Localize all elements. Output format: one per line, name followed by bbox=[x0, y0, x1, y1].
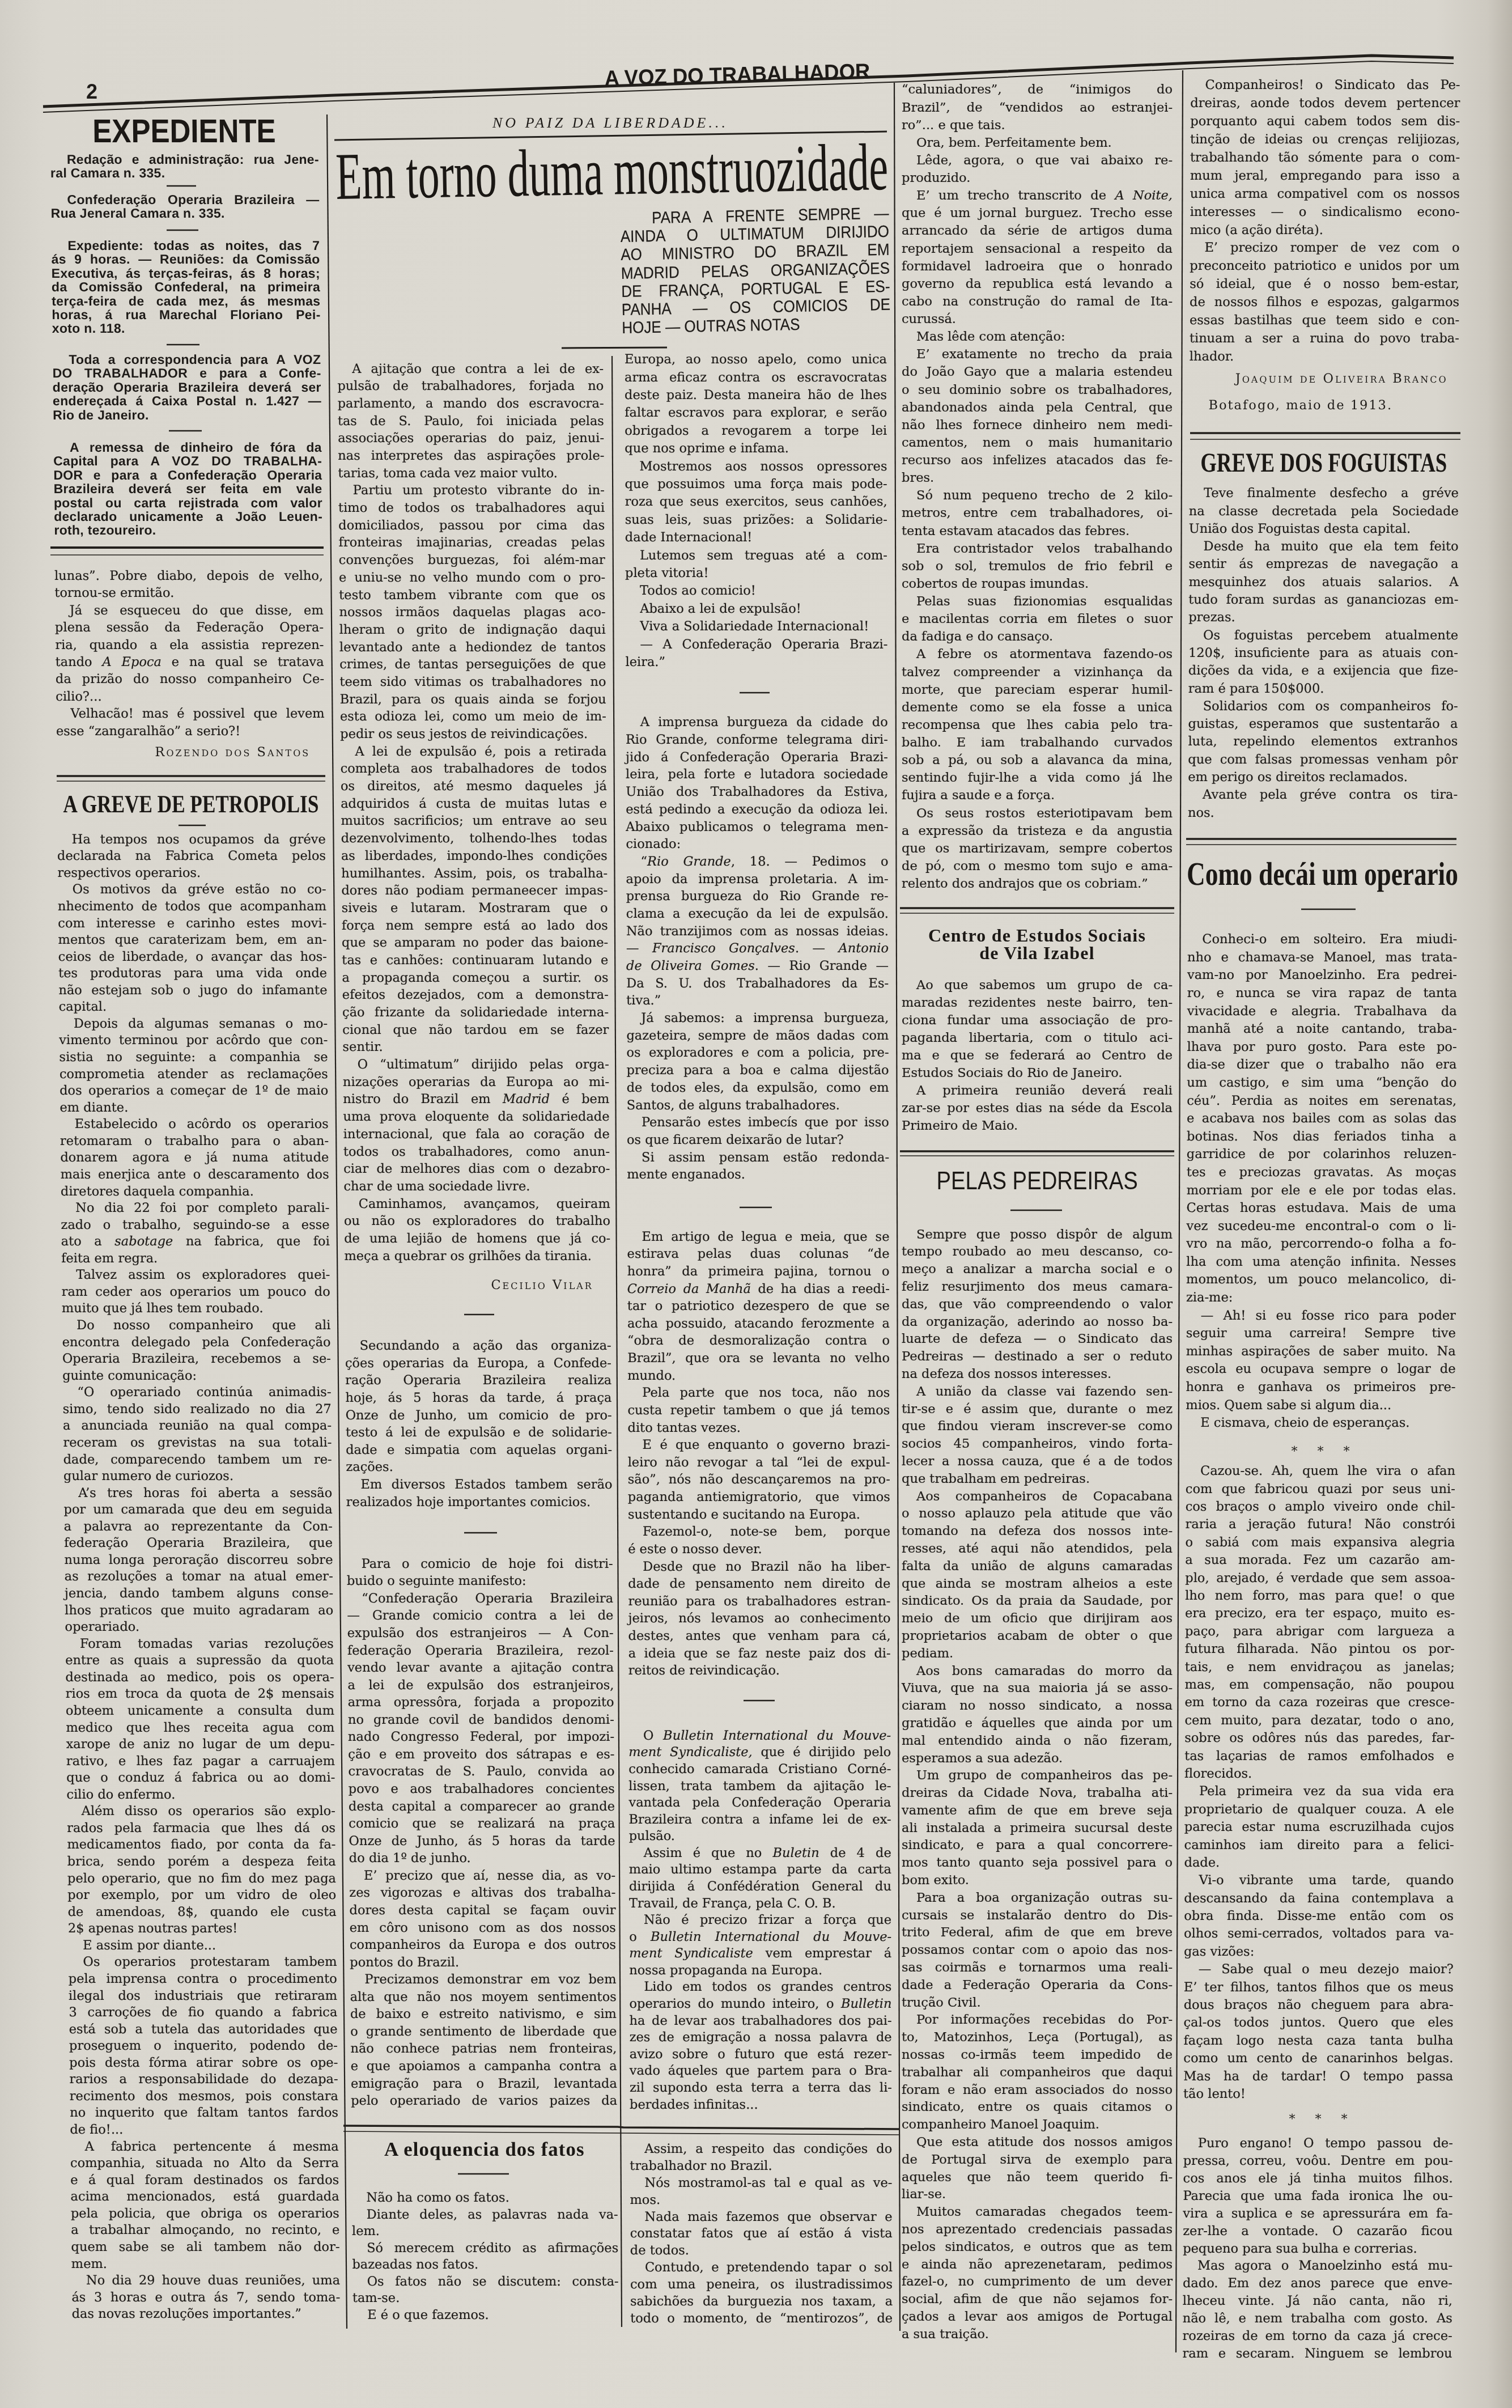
text-line: trabalhar ali companheiros que daqui bbox=[902, 2064, 1173, 2081]
text-line: tinção de ideias ou crenças relijiozas, bbox=[1190, 131, 1460, 149]
text-line: recurso aos infelizes atacados das fe- bbox=[902, 452, 1173, 469]
text-line: dores desta capital se façam ouvir bbox=[349, 1902, 615, 1919]
paragraph: Talvez assim os exploradores quei-ram ce… bbox=[61, 1267, 330, 1317]
text-line: arrancado da série de artigos duma bbox=[902, 222, 1173, 240]
text-line: timo de todos os trabalhadores aqui bbox=[338, 499, 605, 517]
text-line: vimento terminou por acôrdo que con- bbox=[59, 1032, 328, 1049]
text-line: xarope de aniz no lugar de um depu- bbox=[66, 1736, 334, 1753]
text-line: Partiu um protesto vibrante do in- bbox=[338, 482, 605, 499]
text-line: as liberdades, impondo-lhes condições bbox=[341, 847, 608, 865]
text-line: Aos companheiros de Copacabana bbox=[902, 1488, 1173, 1506]
section-break-asterisks: * * * bbox=[1183, 2110, 1453, 2129]
paragraph: Viva a Solidariedade Internacional! bbox=[625, 618, 887, 635]
expediente-address: Redação e administração: rua Jene-ral Ca… bbox=[50, 152, 319, 180]
paragraph: Do nosso companheiro que aliencontra del… bbox=[62, 1317, 331, 1384]
paragraph: Nós mostramol-as tal e qual as ve-mos. bbox=[630, 2175, 892, 2209]
text-line: sindicato. Os da praia da Saudade, por bbox=[902, 1592, 1173, 1610]
text-line: declarado unicamente a João Leuen- bbox=[54, 510, 322, 523]
text-line: alta que não nos moyem sentimentos bbox=[350, 1989, 617, 2006]
text-line: florecidos. bbox=[1184, 1765, 1454, 1783]
paragraph: Contudo, e pretendendo tapar o solcom um… bbox=[630, 2259, 893, 2328]
text-line: da Comissão Confederal, na primeira bbox=[52, 280, 320, 294]
paragraph: Um grupo de companheiros das pe-dreiras … bbox=[902, 1767, 1173, 1889]
text-line: ciar de melhores dias com o dezabro- bbox=[343, 1160, 610, 1178]
text-line: os direitos, até mesmo daqueles já bbox=[341, 778, 607, 795]
text-line: Europa, ao nosso apelo, como unica bbox=[625, 351, 887, 368]
text-line: não estejam sob o jugo do infamante bbox=[58, 982, 327, 999]
text-line: Executiva, ás terças-feiras, ás 8 horas; bbox=[52, 266, 320, 280]
text-line: pela imprensa contra o procedimento bbox=[69, 1971, 337, 1988]
text-line: E’ ter filhos, tantos filhos que os meus bbox=[1184, 1979, 1454, 1996]
text-line: rios em troca da quota de 2$ mensais bbox=[66, 1686, 334, 1703]
text-line: “caluniadores”, de “inimigos do bbox=[902, 81, 1173, 99]
text-line: ção frizante da solidariedade interna- bbox=[342, 1004, 609, 1021]
text-line: Além disso os operarios são explo- bbox=[67, 1803, 335, 1820]
text-line: acima mencionados, está guardada bbox=[70, 2189, 339, 2206]
text-line: vado áqueles que partem para o Bra- bbox=[630, 2063, 892, 2080]
text-line: Não tranzijimos com as nossas ideias. bbox=[626, 923, 889, 940]
text-line: ciona fundar uma associação de pro- bbox=[902, 1012, 1173, 1029]
text-line: curussá. bbox=[902, 311, 1173, 328]
text-line: tas de S. Paulo, foi iniciada pelas bbox=[338, 413, 604, 430]
text-line: era precizo, era ter espaço, muito es- bbox=[1185, 1605, 1455, 1622]
text-line: cabo na construção do ramal de Ita- bbox=[902, 293, 1173, 311]
article-title: Como decái um operario bbox=[1187, 856, 1458, 892]
text-line: tenta estavam atacados das febres. bbox=[902, 523, 1173, 540]
paragraph: Puro engano! O tempo passou de-pressa, c… bbox=[1183, 2135, 1453, 2257]
text-line: esperamos a sua adezão. bbox=[902, 1750, 1173, 1767]
text-line: lecer a nossa cauza, que é a de todos bbox=[902, 1453, 1173, 1470]
paragraph: Secundando a ação das organiza-ções oper… bbox=[345, 1337, 613, 1476]
text-line: Estabelecido o acôrdo os operarios bbox=[60, 1116, 329, 1133]
text-line: Os motivos da gréve estão no co- bbox=[57, 881, 326, 898]
text-line: Rio Grande, conforme telegrama diri- bbox=[626, 731, 888, 749]
text-line: Pela parte que nos toca, não nos bbox=[627, 1384, 890, 1402]
text-line: zes de emigração a nossa palavra de bbox=[630, 2029, 892, 2046]
text-line: pois desta fórma atirar sobre os ope- bbox=[69, 2055, 338, 2072]
text-line: Parecia que uma fada ironica lhe ou- bbox=[1183, 2187, 1452, 2205]
text-line: ás 9 horas. — Reuniões: da Comissão bbox=[51, 252, 320, 266]
como-decai-section-2: Cazou-se. Ah, quem lhe vira o afancom qu… bbox=[1183, 1462, 1455, 2103]
text-line: resses, até aqui não atendidos, pela bbox=[902, 1540, 1173, 1558]
text-line: — Ah! si eu fosse rico para poder bbox=[1186, 1307, 1456, 1325]
column-separator bbox=[1176, 70, 1183, 2352]
text-line: que findou vieram inscrever-se como bbox=[902, 1418, 1173, 1435]
text-line: Mas agora o Manoelzinho está mu- bbox=[1183, 2257, 1452, 2275]
text-line: sob a pá, ou sob a alavanca da mina, bbox=[902, 752, 1173, 769]
text-line: por exemplo, por um vidro de oleo bbox=[67, 1887, 336, 1904]
paragraph: Pela parte que nos toca, não noscusta re… bbox=[627, 1384, 890, 1436]
text-line: encontra delegado pela Confederação bbox=[62, 1334, 330, 1351]
text-line: berdades infinitas... bbox=[630, 2097, 892, 2114]
text-line: o grande sentimento de liberdade que bbox=[350, 2023, 617, 2041]
text-line: pulsão de trabalhadores, forjada no bbox=[337, 378, 604, 395]
expediente-confederation-address: Confederação Operaria Brazileira —Rua Je… bbox=[50, 193, 319, 221]
eloquencia-header: A eloquencia dos fatos bbox=[351, 2138, 618, 2161]
text-line: Onze de Junho, ás 5 horas da tarde bbox=[349, 1833, 615, 1850]
text-line: dade. bbox=[1184, 1854, 1454, 1872]
text-line: produzido. bbox=[902, 169, 1173, 187]
text-line: cursais se instalarão dentro do Dis- bbox=[902, 1907, 1173, 1924]
paragraph: Muitos camaradas chegados teem-nos aprez… bbox=[902, 2203, 1173, 2343]
text-line: Foram tomadas varias rezoluções bbox=[65, 1636, 334, 1653]
paragraph: Precizamos demonstrar em voz bemalta que… bbox=[350, 1971, 617, 2110]
text-line: sentir ás emprezas de navegação a bbox=[1188, 556, 1458, 573]
text-line: nos aprezentado credenciais passadas bbox=[902, 2221, 1173, 2239]
text-line: Teve finalmente desfecho a gréve bbox=[1189, 485, 1459, 502]
text-line: donarem agora e já numa atitude bbox=[60, 1150, 329, 1167]
centro-body: Ao que sabemos um grupo de ca-maradas re… bbox=[902, 977, 1173, 1135]
text-line: bazeadas nos fatos. bbox=[352, 2257, 618, 2274]
text-line: efeitos dezejados, com a demonstra- bbox=[342, 986, 609, 1004]
text-line: essas bastilhas que teem sido e con- bbox=[1190, 312, 1459, 330]
text-line: no grande covil de bandidos denomi- bbox=[348, 1711, 614, 1729]
text-line: zil supondo esta terra a terra das li- bbox=[630, 2080, 892, 2097]
text-line: deração Operaria Brazileira deverá ser bbox=[53, 380, 321, 394]
text-line: a propaganda começou a surtir. os bbox=[342, 969, 608, 987]
greve-petropolis-body: Ha tempos nos ocupamos da grévedeclarada… bbox=[57, 832, 341, 2323]
text-line: Lutemos sem treguas até a com- bbox=[625, 547, 887, 565]
text-line: mios. Quem sabe si algum dia... bbox=[1186, 1397, 1455, 1415]
paragraph: Europa, ao nosso apelo, como unicaarma e… bbox=[625, 351, 887, 457]
text-line: de amendoas, 8$, quando ele custa bbox=[67, 1904, 336, 1921]
text-line: Nada mais fazemos que observar e bbox=[630, 2209, 893, 2226]
text-line: Assim, a respeito das condições do bbox=[630, 2141, 892, 2158]
text-line: expulsão dos estranjeiros — A Con- bbox=[347, 1625, 614, 1642]
paragraph: Avante pela gréve contra os tira-nos. bbox=[1188, 786, 1458, 822]
text-line: Fazemol-o, note-se bem, porque bbox=[628, 1523, 890, 1541]
text-line: ha de levar aos trabalhadores dos pai- bbox=[630, 2013, 892, 2030]
text-line: honra” da primeira pajina, tornou o bbox=[627, 1263, 890, 1281]
column-3: Europa, ao nosso apelo, como unicaarma e… bbox=[623, 0, 893, 2408]
text-line: Ao que sabemos um grupo de ca- bbox=[902, 977, 1173, 994]
text-line: numa longa peroração discorreu sobre bbox=[64, 1552, 333, 1569]
paragraph: Só num pequeno trecho de 2 kilo-metros, … bbox=[902, 487, 1173, 540]
text-line: Só num pequeno trecho de 2 kilo- bbox=[902, 487, 1173, 505]
text-line: que com falsas promessas venham pôr bbox=[1188, 751, 1458, 769]
text-line: A fabrica pertencente á mesma bbox=[70, 2139, 339, 2156]
expediente-correspondence: Toda a correspondencia para A VOZDO T​RA… bbox=[52, 353, 321, 422]
text-line: tas laçarias de ramos emfolhados e bbox=[1184, 1748, 1454, 1765]
text-line: parlamento, a mando dos escravocra- bbox=[337, 395, 604, 413]
text-line: trução Civil. bbox=[902, 1994, 1173, 2012]
text-line: tando A Epoca e na qual se tratava bbox=[55, 654, 324, 671]
text-line: ciaram no nosso sindicato, a nossa bbox=[902, 1697, 1173, 1715]
text-line: Onze de Junho, um comicio de pro- bbox=[345, 1407, 611, 1425]
text-line: os que ficarem deixarão de lutar? bbox=[627, 1131, 889, 1149]
text-line: tir-se e é assim que, durante o mez bbox=[902, 1401, 1173, 1418]
paragraph: Por informações recebidas do Por-to, Mat… bbox=[902, 2011, 1173, 2134]
text-line: tam-se. bbox=[352, 2290, 619, 2307]
text-line: cos anos ele já tinha muitos filhos. bbox=[1183, 2170, 1453, 2187]
paragraph: Sempre que posso dispôr de algumtempo ro… bbox=[902, 1226, 1173, 1383]
article-signature: Joaquim de Oliveira Branco bbox=[1190, 370, 1459, 388]
text-line: cilio?... bbox=[56, 688, 324, 705]
text-line: cilio do enfermo. bbox=[66, 1787, 335, 1804]
text-line: ment Syndicaliste vem emprestar á bbox=[629, 1945, 891, 1962]
paragraph: A primeira reunião deverá realizar-se po… bbox=[902, 1082, 1173, 1135]
text-line: povo e aos trabalhadores concientes bbox=[349, 1780, 615, 1798]
paragraph: “O operariado continúa animadis-simo, te… bbox=[62, 1384, 332, 1485]
text-line: sindicato, e para a qual concorrere- bbox=[902, 1837, 1173, 1854]
text-line: governo da republica está levando a bbox=[902, 275, 1173, 293]
text-line: — Grande comicio contra a lei de bbox=[347, 1607, 613, 1625]
continued-article-body: lunas”. Pobre diabo, depois de velho,tor… bbox=[54, 567, 325, 740]
text-line: porquanto aqui cabem todos sem dis- bbox=[1190, 113, 1460, 131]
text-line: dade Internacional! bbox=[625, 529, 887, 546]
text-line: cem muito, para dezatar, todo o ano, bbox=[1184, 1712, 1454, 1729]
text-line: Da S. U. dos Trabalhadores da Es- bbox=[626, 975, 889, 993]
text-line: obteem unicamente a consulta dum bbox=[66, 1703, 334, 1720]
article-signature: Cecilio Vilar bbox=[345, 1277, 611, 1294]
text-line: preciza para a boa e calma dijestão bbox=[627, 1062, 889, 1079]
text-line: diretores daquela companhia. bbox=[61, 1184, 329, 1201]
text-run: . — Rio Grande — bbox=[755, 959, 889, 973]
pelas-pedreiras-body: Sempre que posso dispôr de algumtempo ro… bbox=[902, 1226, 1173, 2343]
paragraph: No dia 22 foi por completo parali-zado o… bbox=[61, 1200, 330, 1267]
text-line: prensa burgueza do Rio Grande re- bbox=[626, 888, 889, 905]
text-line: dado. Em dez anos parece que enve- bbox=[1183, 2275, 1452, 2292]
greve-petropolis-header: A GREVE DE PETROPOLIS bbox=[57, 791, 325, 818]
text-line: mos tanto quanto seja possivel para o bbox=[902, 1854, 1173, 1872]
text-line: foram e não eram associados do nosso bbox=[902, 2081, 1173, 2099]
text-line: recimento dos mesmos, pois constara bbox=[70, 2088, 338, 2105]
text-line: Assim é que no Buletin de 4 de bbox=[629, 1845, 891, 1862]
text-line: ção e em proveito dos sátrapas e es- bbox=[348, 1746, 614, 1763]
paragraph: E’ precizo que aí, nesse dia, as vo-zes … bbox=[349, 1867, 616, 1971]
paragraph: Cazou-se. Ah, quem lhe vira o afancom qu… bbox=[1184, 1462, 1455, 1783]
text-line: sindicato, entre os quais citamos o bbox=[902, 2098, 1173, 2116]
text-line: sas coirmãs e tornarmos uma reali- bbox=[902, 1959, 1173, 1977]
paragraph: Ao que sabemos um grupo de ca-maradas re… bbox=[902, 977, 1173, 1083]
paragraph: Confederação Operaria Brazileira —Rua Je… bbox=[50, 193, 319, 221]
text-line: só ideial, que é o nosso bem-estar, bbox=[1190, 275, 1459, 294]
paragraph: — Sabe qual o meu dezejo maior?E’ ter fi… bbox=[1183, 1961, 1454, 2103]
text-line: proseguem o inquerito, podendo de- bbox=[69, 2038, 338, 2055]
em-torno-body-part-2: Secundando a ação das organiza-ções oper… bbox=[345, 1337, 613, 1511]
text-line: jencia, dando tambem alguns conse- bbox=[65, 1585, 333, 1602]
text-line: federação Operaria Brazileira, rezol- bbox=[347, 1642, 614, 1660]
text-line: vam-no por Manoelzinho. Era pedrei- bbox=[1187, 966, 1457, 985]
text-line: fronteiras imajinarias, creadas pelas bbox=[338, 534, 605, 552]
paragraph: E é que enquanto o governo brazi-leiro n… bbox=[628, 1436, 890, 1523]
paragraph: Toda a correspondencia para A VOZDO T​RA… bbox=[52, 353, 321, 422]
text-line: tiva.” bbox=[626, 992, 889, 1010]
italic-text: A Noite, bbox=[1115, 188, 1173, 203]
text-line: E’ precizo romper de vez com o bbox=[1190, 239, 1459, 257]
text-line: Viva a Solidariedade Internacional! bbox=[625, 618, 887, 635]
text-line: vamente afim de que em breve seja bbox=[902, 1802, 1173, 1820]
text-line: Por informações recebidas do Por- bbox=[902, 2011, 1173, 2029]
text-line: mum jeral, empregando para isso a bbox=[1190, 167, 1460, 185]
paragraph: A lei de expulsão é, pois a retiradacomp… bbox=[340, 743, 609, 1056]
text-line: todo o momento, de “mentirozos”, de bbox=[630, 2311, 893, 2328]
paragraph: Os seus rostos esteriotipavam bema expre… bbox=[902, 805, 1173, 893]
paragraph: Os motivos da gréve estão no co-nhecimen… bbox=[57, 881, 327, 1016]
text-line: entre as quais a supressão da quota bbox=[65, 1652, 334, 1669]
text-line: Certas horas estudava. Mais de uma bbox=[1187, 1199, 1456, 1218]
text-line: meço a analizar a marcha social e o bbox=[902, 1261, 1173, 1278]
text-line: preconceito patriotico e unidos por um bbox=[1190, 257, 1459, 275]
text-line: Era contristador velos trabalhando bbox=[902, 540, 1173, 558]
text-line: federação Operaria Brazileira, que bbox=[64, 1535, 333, 1552]
text-line: na classe decretada pela Sociedade bbox=[1189, 503, 1459, 520]
text-line: declarada na Fabrica Cometa pelos bbox=[57, 848, 326, 865]
text-line: capital. bbox=[59, 999, 328, 1016]
text-run: vem emprestar á bbox=[753, 1946, 891, 1961]
text-line: escola eu ocupava sempre o logar de bbox=[1186, 1360, 1456, 1379]
text-line: não lê, e nem trabalha com gosto. As bbox=[1183, 2310, 1452, 2328]
text-line: sistia no seguinte: a companhia se bbox=[59, 1049, 328, 1066]
text-line: siveis e lutaram. Mostraram que o bbox=[341, 900, 608, 917]
article-title: A eloquencia dos fatos bbox=[384, 2138, 585, 2161]
text-line: nistro do Brazil em Madrid é bem bbox=[343, 1091, 609, 1108]
text-line: a sua morada. Fez um cazarão am- bbox=[1185, 1551, 1455, 1569]
em-torno-body-part-1: A ajitação que contra a lei de ex-pulsão… bbox=[337, 361, 611, 1265]
text-line: lha com uma atenção infinita. Nesses bbox=[1186, 1253, 1456, 1271]
italic-text: ment Syndicaliste, bbox=[628, 1745, 753, 1760]
text-line: está pedindo a execução da odioza lei. bbox=[626, 801, 888, 819]
text-line: cos braços o amplo viveiro onde chil- bbox=[1186, 1498, 1455, 1516]
text-line: “obra de desmoralização contra o bbox=[627, 1332, 890, 1350]
text-line: Nós mostramol-as tal e qual as ve- bbox=[630, 2175, 892, 2192]
paragraph: Conheci-o em solteiro. Era miudi-nho e c… bbox=[1186, 931, 1457, 1307]
text-line: A ajitação que contra a lei de ex- bbox=[337, 361, 604, 378]
text-line: com interesse e carinho estes movi- bbox=[58, 915, 326, 932]
text-line: — Francisco Gonçalves. — Antonio bbox=[626, 940, 889, 957]
text-line: que o conduz á fabrica ou ao domi- bbox=[66, 1770, 335, 1787]
italic-text: Bulletin bbox=[841, 1996, 892, 2011]
text-line: Pelas suas fizionomias esqualidas bbox=[902, 593, 1173, 611]
text-line: dirijida á Confédération General du bbox=[629, 1879, 891, 1896]
text-line: levantado ante a hediondez de tantos bbox=[339, 639, 606, 656]
text-line: talvez compreender a vizinhança da bbox=[902, 664, 1173, 681]
text-line: e macilentas corria em filetes o suor bbox=[902, 611, 1173, 628]
text-line: crimes, de tantas perseguições de que bbox=[339, 656, 606, 673]
text-line: humilhantes. Assim, pois, os trabalha- bbox=[341, 865, 608, 883]
text-line: mico (a ação diréta). bbox=[1190, 222, 1460, 240]
text-line: Pedreiras — destinado a ser o reduto bbox=[902, 1348, 1173, 1366]
text-line: ment Syndicaliste, que é dirijido pelo bbox=[628, 1744, 891, 1761]
text-line: Diante deles, as palavras nada va- bbox=[352, 2207, 618, 2224]
text-run: — bbox=[626, 941, 652, 956]
text-line: Aos bons camaradas do morro da bbox=[902, 1663, 1173, 1680]
text-line: maio ultimo estampa parte da carta bbox=[629, 1862, 891, 1879]
paragraph: A ajitação que contra a lei de ex-pulsão… bbox=[337, 361, 605, 482]
text-line: Que esta atitude dos nossos amigos bbox=[902, 2134, 1173, 2151]
text-line: uma prova eloquente da solidariedade bbox=[343, 1108, 609, 1126]
text-line: destes, antes que venham para cá, bbox=[628, 1627, 891, 1645]
text-line: — A Confederação Operaria Brazi- bbox=[625, 636, 887, 654]
foguistas-body: Teve finalmente desfecho a grévena class… bbox=[1188, 485, 1459, 822]
text-line: meça a quebrar os grilhões da tirania. bbox=[344, 1248, 610, 1265]
text-line: de fio!... bbox=[70, 2122, 338, 2139]
text-line: tornou-se ermitão. bbox=[54, 584, 323, 601]
paragraph: — Ah! si eu fosse rico para poderseguir … bbox=[1186, 1307, 1456, 1415]
text-line: Lido em todos os grandes centros bbox=[629, 1979, 891, 1996]
text-line: luarte de defeza — o Sindicato das bbox=[902, 1330, 1173, 1348]
text-line: roth, tezoureiro. bbox=[54, 523, 322, 537]
text-line: brica, sendo porém a despeza feita bbox=[67, 1854, 336, 1871]
text-line: dores não podiam permaneecer impas- bbox=[341, 882, 608, 900]
text-line: ali instalada a primeira sucursal deste bbox=[902, 1820, 1173, 1837]
text-line: zações. bbox=[346, 1459, 612, 1476]
text-line: balho. E iam trabalhando curvados bbox=[902, 734, 1173, 752]
text-line: obrigados a revogarem a torpe lei bbox=[625, 422, 887, 440]
text-line: receram os grevistas na sua totali- bbox=[63, 1435, 332, 1452]
text-line: Operaria Brazileira, recebemos a se- bbox=[62, 1351, 331, 1368]
text-line: no inquerito que faltam tantos fardos bbox=[70, 2105, 338, 2122]
text-line: tais, e nem envidraçou as janelas; bbox=[1185, 1659, 1455, 1676]
text-line: possamos contar com o apoio das nos- bbox=[902, 1941, 1173, 1959]
text-line: vendo levar avante a ajitação contra bbox=[347, 1659, 614, 1677]
text-line: xoto n. 118. bbox=[52, 321, 321, 335]
text-line: das, que vão compreendendo o valor bbox=[902, 1296, 1173, 1313]
text-line: 3 carroções de fio quando a fabrica bbox=[69, 2004, 337, 2021]
text-line: maradas rezidentes neste bairro, ten- bbox=[902, 994, 1173, 1012]
paragraph: Abaixo a lei de expulsão! bbox=[625, 600, 887, 618]
expediente-header: EXPEDIENTE bbox=[50, 115, 319, 148]
text-line: tas e canhões: continuaram lutando e bbox=[342, 952, 608, 969]
paragraph: E’ um trecho transcrito de A Noite,que é… bbox=[902, 187, 1173, 328]
text-line: zar-se por estes dias na séde da Escola bbox=[902, 1100, 1173, 1117]
text-line: Brazileira deverá ser feita em vale bbox=[53, 482, 322, 495]
paragraph: A remessa de dinheiro de fóra daCapital … bbox=[53, 440, 323, 537]
text-line: nhecimento de todos que acompanham bbox=[58, 898, 326, 915]
text-line: todos os trabalhadores, como anun- bbox=[343, 1143, 610, 1161]
column-2: A ajitação que contra a lei de ex-pulsão… bbox=[334, 0, 619, 2408]
paragraph: Vi-o vibrante uma tarde, quandodescansan… bbox=[1184, 1872, 1454, 1961]
text-line: proprietarios acabam de obter o que bbox=[902, 1627, 1173, 1645]
paragraph: Pela primeira vez da sua vida eraproprie… bbox=[1184, 1783, 1454, 1872]
article-title: GREVE DOS FOGUISTAS bbox=[1201, 448, 1447, 478]
text-line: Um grupo de companheiros das pe- bbox=[902, 1767, 1173, 1784]
como-decai-section-1: Conheci-o em solteiro. Era miudi-nho e c… bbox=[1186, 931, 1457, 1432]
text-line: A remessa de dinheiro de fóra da bbox=[53, 440, 322, 454]
text-line: Contudo, e pretendendo tapar o sol bbox=[630, 2259, 893, 2276]
text-line: Mas ha de tardar! O tempo passa bbox=[1183, 2068, 1453, 2085]
text-line: os exploradores e com a policia, pre- bbox=[626, 1044, 889, 1062]
paragraph: Foram tomadas varias rezoluçõesentre as … bbox=[65, 1636, 335, 1804]
text-line: gratidão e áquelles que ainda por um bbox=[902, 1715, 1173, 1732]
text-line: Brazil”, que ora se levanta no velho bbox=[627, 1350, 890, 1367]
text-line: companheiros da Europa e dos outros bbox=[350, 1936, 616, 1954]
text-line: são”, nós não descançaremos na pro- bbox=[628, 1471, 890, 1489]
text-line: gazeteira, sempre de mãos dadas com bbox=[626, 1027, 889, 1045]
text-line: Travail, de França, pela C. O. B. bbox=[629, 1896, 891, 1913]
text-line: Todos ao comicio! bbox=[625, 582, 887, 600]
text-run: tando bbox=[55, 655, 102, 669]
text-line: apoio da imprensa proletaria. A im- bbox=[626, 871, 889, 888]
paragraph: Os foguistas percebem atualmente120$, in… bbox=[1188, 627, 1458, 698]
text-line: e que apoiamos a campanha contra a bbox=[351, 2058, 617, 2075]
paragraph: Todos ao comicio! bbox=[625, 582, 887, 600]
paragraph: Era contristador velos trabalhandosob o … bbox=[902, 540, 1173, 593]
text-line: ato a sabotage na fabrica, que foi bbox=[61, 1233, 330, 1250]
eloquencia-body-continued: Assim, a respeito das condições dotrabal… bbox=[630, 2141, 893, 2328]
text-line: mente enganados. bbox=[627, 1166, 889, 1184]
paragraph: Lido em todos os grandes centrosoperario… bbox=[629, 1979, 892, 2113]
text-line: arma eficaz contra os escravocratas bbox=[625, 369, 887, 387]
text-line: nho e chamava-se Manoel, mas trata- bbox=[1187, 949, 1457, 967]
expediente-remittance: A remessa de dinheiro de fóra daCapital … bbox=[53, 440, 323, 537]
bulletin-body: O Bulletin International du Mouve-ment S… bbox=[628, 1728, 892, 2113]
text-line: ilegal dos industriais que retiraram bbox=[69, 1988, 337, 2005]
paragraph: Aos companheiros de Copacabanao nosso ap… bbox=[902, 1488, 1173, 1663]
text-line: de baixo e estreito nativismo, e sim bbox=[350, 2006, 617, 2023]
text-line: bres. bbox=[902, 469, 1173, 487]
text-line: pediam. bbox=[902, 1645, 1173, 1663]
